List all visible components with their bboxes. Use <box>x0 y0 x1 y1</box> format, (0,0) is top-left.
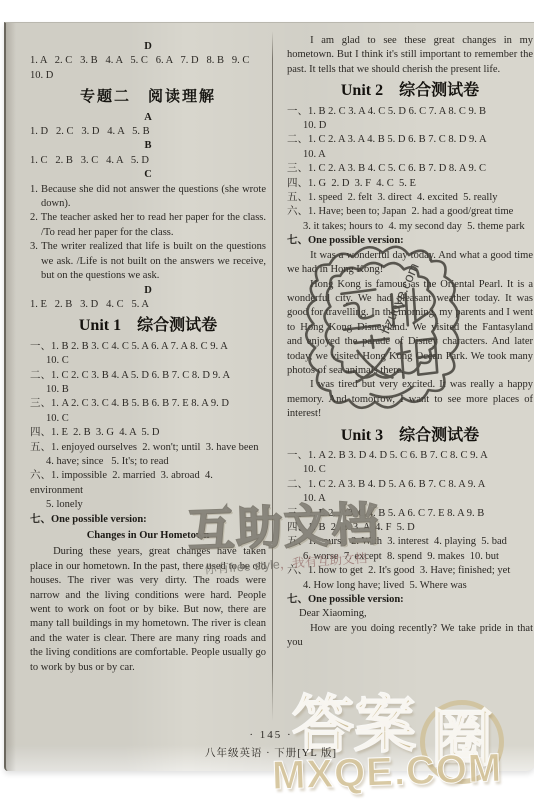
text-line: 3. it takes; hours to 4. my second day 5… <box>287 220 533 234</box>
text-line: 2. The teacher asked her to read her pap… <box>30 211 266 240</box>
text-line: 三、1. C 2. A 3. B 4. C 5. C 6. B 7. D 8. … <box>287 162 533 176</box>
text-line: 四、1. G 2. D 3. F 4. C 5. E <box>287 177 533 191</box>
column-divider <box>272 31 273 721</box>
text-line: D <box>30 284 266 298</box>
text-line: 一、1. B 2. C 3. A 4. C 5. D 6. C 7. A 8. … <box>287 105 533 119</box>
left-column: D1. A 2. C 3. B 4. A 5. C 6. A 7. D 8. B… <box>30 40 266 718</box>
text-line: B <box>30 139 266 153</box>
text-line: 七、One possible version: <box>287 593 533 607</box>
text-line: 二、1. C 2. C 3. B 4. A 5. D 6. B 7. C 8. … <box>30 369 266 383</box>
text-line: 四、1. B 2. E 3. A 4. F 5. D <box>287 521 533 535</box>
text-line: 3. The writer realized that life is buil… <box>30 240 266 283</box>
text-line: 1. E 2. B 3. D 4. C 5. A <box>30 298 266 312</box>
text-line: Hong Kong is famous as the Oriental Pear… <box>287 278 533 379</box>
text-line: D <box>30 40 266 54</box>
text-line: During these years, great changes have t… <box>30 545 266 675</box>
text-line: 专题二 阅读理解 <box>30 83 266 110</box>
text-line: 10. D <box>287 119 533 133</box>
text-line: 1. D 2. C 3. D 4. A 5. B <box>30 125 266 139</box>
text-line: Unit 2 综合测试卷 <box>287 77 533 104</box>
text-line: 1. A 2. C 3. B 4. A 5. C 6. A 7. D 8. B … <box>30 54 266 68</box>
scanned-answer-page: D1. A 2. C 3. B 4. A 5. C 6. A 7. D 8. B… <box>0 0 534 801</box>
text-line: 六、1. impossible 2. married 3. abroad 4. … <box>30 469 266 498</box>
text-line: A <box>30 111 266 125</box>
text-line: 一、1. A 2. B 3. D 4. D 5. C 6. B 7. C 8. … <box>287 449 533 463</box>
text-line: 五、1. enjoyed ourselves 2. won't; until 3… <box>30 441 266 455</box>
text-line: 三、1. B 2. A 3. C 4. B 5. A 6. C 7. E 8. … <box>287 507 533 521</box>
text-line: 10. C <box>30 354 266 368</box>
text-line: 三、1. A 2. C 3. C 4. B 5. B 6. B 7. E 8. … <box>30 397 266 411</box>
text-line: Changes in Our Hometown <box>30 527 266 545</box>
text-line: 10. D <box>30 69 266 83</box>
text-line: C <box>30 168 266 182</box>
text-line: It was a wonderful day today. And what a… <box>287 249 533 278</box>
text-line: Dear Xiaoming, <box>287 607 533 621</box>
text-line: Unit 3 综合测试卷 <box>287 422 533 449</box>
text-line: 5. lonely <box>30 498 266 512</box>
text-line: 1. Because she did not answer the questi… <box>30 183 266 212</box>
text-line: 二、1. C 2. A 3. A 4. B 5. D 6. B 7. C 8. … <box>287 133 533 147</box>
text-line: 五、1. speed 2. felt 3. direct 4. excited … <box>287 191 533 205</box>
paper-sheet: D1. A 2. C 3. B 4. A 5. C 6. A 7. D 8. B… <box>4 22 534 771</box>
text-line: 四、1. E 2. B 3. G 4. A 5. D <box>30 426 266 440</box>
text-line: I am glad to see these great changes in … <box>287 34 533 77</box>
text-line: 10. C <box>30 412 266 426</box>
text-line: 4. How long have; lived 5. Where was <box>287 579 533 593</box>
text-line: 五、1. course 2. With 3. interest 4. playi… <box>287 535 533 549</box>
text-line: 一、1. B 2. B 3. C 4. C 5. A 6. A 7. A 8. … <box>30 340 266 354</box>
text-line: 10. C <box>287 463 533 477</box>
footer-page-number: · 145 · <box>6 729 534 741</box>
text-line: 10. A <box>287 148 533 162</box>
text-line: 4. have; since 5. It's; to read <box>30 455 266 469</box>
text-line: I was tired but very excited. It was rea… <box>287 378 533 421</box>
text-line: 1. C 2. B 3. C 4. A 5. D <box>30 154 266 168</box>
text-line: 七、One possible version: <box>287 234 533 248</box>
text-line: 七、One possible version: <box>30 513 266 527</box>
text-line: 六、1. Have; been to; Japan 2. had a good/… <box>287 205 533 219</box>
text-line: 二、1. C 2. A 3. B 4. D 5. A 6. B 7. C 8. … <box>287 478 533 492</box>
right-column: I am glad to see these great changes in … <box>287 34 533 728</box>
text-line: 六、1. how to get 2. It's good 3. Have; fi… <box>287 564 533 578</box>
text-line: 10. A <box>287 492 533 506</box>
text-line: How are you doing recently? We take prid… <box>287 622 533 651</box>
text-line: Unit 1 综合测试卷 <box>30 312 266 339</box>
text-line: 10. B <box>30 383 266 397</box>
footer-book-title: 八年级英语 · 下册[YL 版] <box>6 745 534 760</box>
text-line: 6. worse 7. except 8. spend 9. makes 10.… <box>287 550 533 564</box>
